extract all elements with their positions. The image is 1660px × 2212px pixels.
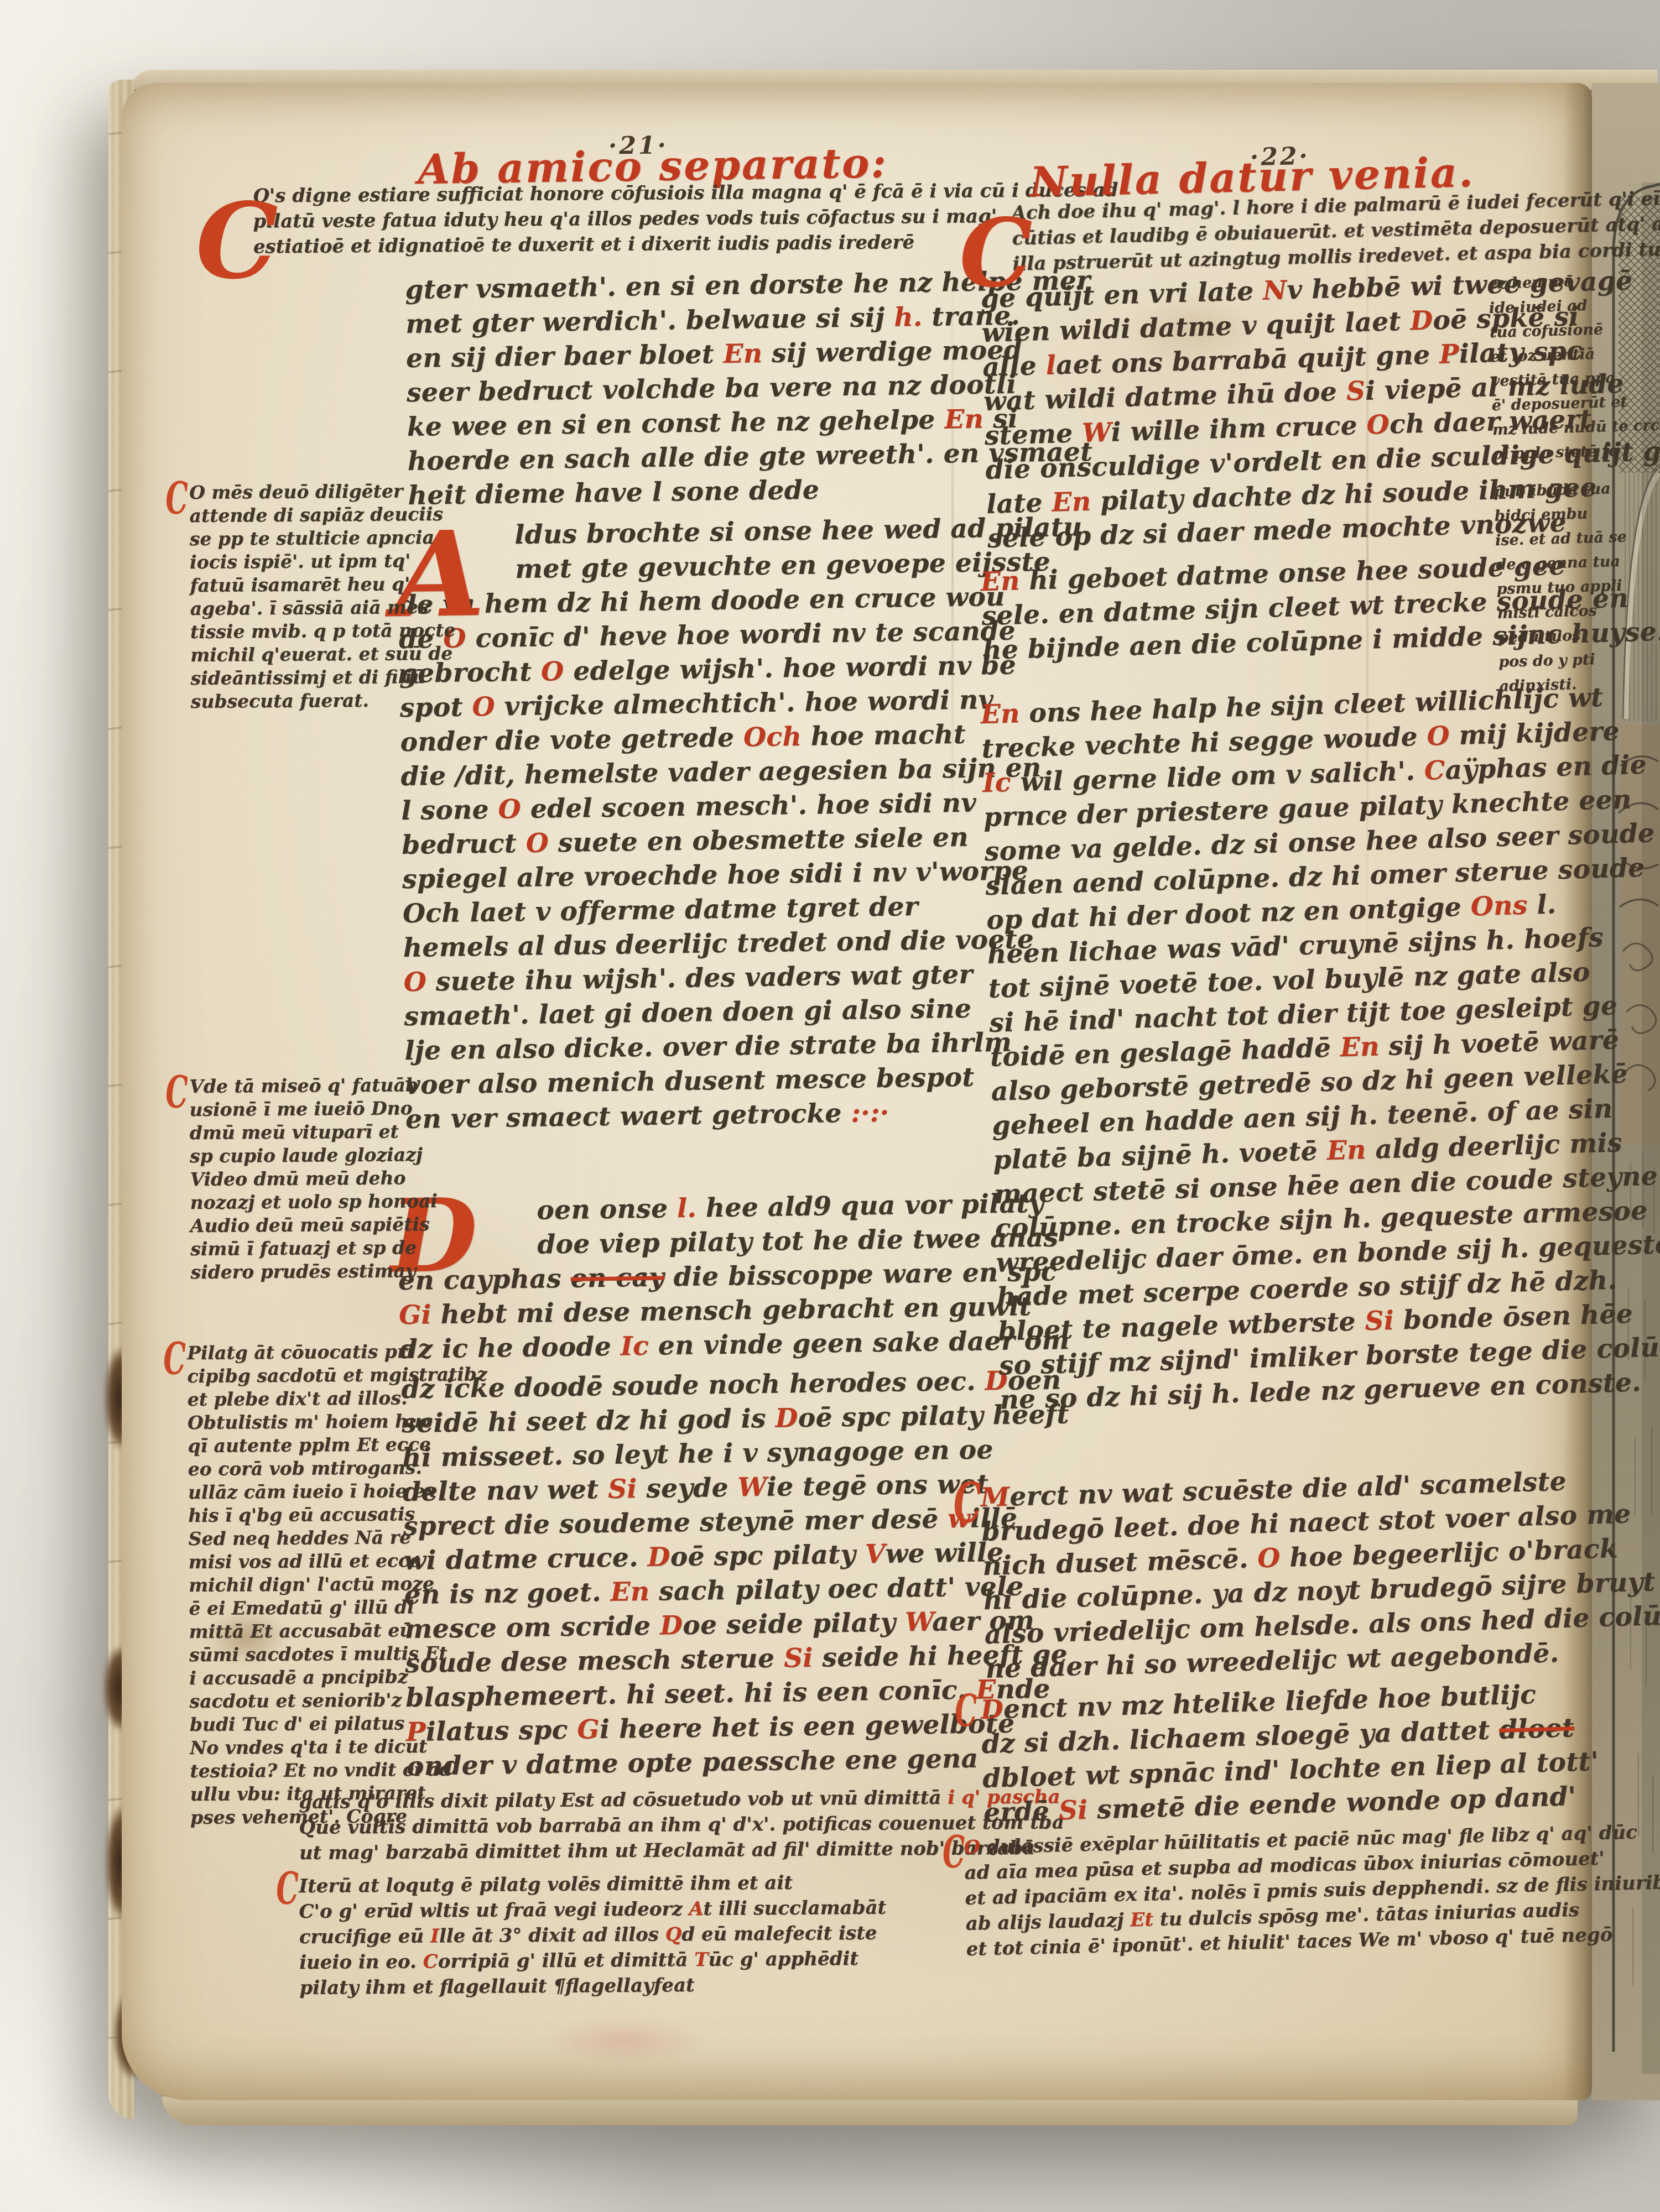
ink-text: subsecuta fuerat. bbox=[191, 690, 369, 712]
text-line: Video dmū meū deho bbox=[190, 1166, 450, 1191]
paraph-mark: C bbox=[163, 1333, 186, 1385]
rubricated-text: Si bbox=[608, 1474, 637, 1505]
text-line: subsecuta fuerat. bbox=[191, 688, 451, 713]
ink-text: de o genna tua bbox=[1496, 553, 1620, 573]
ink-text: C'o g' erūd wltis ut fraā vegi iudeorz bbox=[299, 1898, 689, 1923]
rubricated-text: C bbox=[423, 1950, 438, 1973]
rubricated-text: D bbox=[980, 1694, 1004, 1725]
text-line: tua cōfusionē bbox=[1489, 317, 1617, 345]
ink-text: et ioz uentiā bbox=[1490, 346, 1595, 366]
rubricated-text: h. bbox=[894, 302, 923, 333]
text-line: de o genna tua bbox=[1496, 550, 1623, 577]
text-line: misti calcos bbox=[1497, 598, 1625, 625]
text-line: et plebe dix't ad illos. bbox=[188, 1386, 453, 1411]
ink-text: ise. et ad tuā se bbox=[1495, 528, 1627, 549]
rubricated-text: O bbox=[541, 656, 564, 687]
latin-lines: O dulassiē exēplar hūilitatis et paciē n… bbox=[964, 1820, 1619, 1962]
ink-text: en sij dier baer bloet bbox=[406, 339, 724, 374]
left-latin-final: C Iterū at loqutg ē pilatg volēs dimittē… bbox=[299, 1869, 964, 2001]
text-line: i accusadē a pncipibz bbox=[189, 1665, 455, 1690]
ink-text: nozazj et uolo sp honoai bbox=[190, 1190, 437, 1213]
paraph-mark: C bbox=[954, 1685, 978, 1738]
ink-text: edel scoen mesch'. hoe sidi nv bbox=[521, 787, 977, 824]
rubricated-text: O bbox=[1427, 721, 1450, 752]
rubricated-text: V bbox=[865, 1539, 886, 1570]
text-line: pilaty ihm et flagellauit ¶flagellayfeat bbox=[299, 1971, 963, 2001]
text-line: Obtulistis m' hoiem huc bbox=[188, 1410, 453, 1434]
ink-text: seyde bbox=[637, 1473, 738, 1505]
rubricated-text: Et bbox=[1130, 1908, 1154, 1931]
ink-text: onder die vote getrede bbox=[400, 722, 743, 758]
text-line: dz ic he doode Ic en vinde geen sake dae… bbox=[399, 1325, 958, 1367]
text-line: mittā Et accusabāt eū bbox=[189, 1619, 455, 1644]
rubricated-text: P bbox=[1439, 339, 1459, 370]
text-line: his ī q'bg eū accusatis bbox=[188, 1503, 454, 1527]
rubricated-text: Ic bbox=[982, 768, 1012, 799]
rubricated-text: S bbox=[1346, 376, 1366, 407]
rubricated-text: Si bbox=[1058, 1795, 1088, 1826]
text-line: iueio in eo. Corripiā g' illū et dimittā… bbox=[299, 1945, 963, 1975]
ink-text: hoe macht bbox=[802, 719, 966, 752]
right-intro-latin: C Ach doe ihu q' mag'. l hore i die palm… bbox=[978, 187, 1621, 278]
paraph-mark: C bbox=[953, 1470, 982, 1536]
ink-text: sideāntissimj et di filiū bbox=[190, 666, 425, 689]
left-margin-gloss-2: C Vde tā miseō q' fatuābusionē ī me iuei… bbox=[189, 1073, 451, 1284]
ink-text: spiegel alre vroechde hoe sidi i nv v'wo… bbox=[402, 855, 1029, 895]
text-line: ullu vbu: ita ut miraret bbox=[190, 1781, 456, 1806]
ink-text: oī pplo stetē fe bbox=[1493, 442, 1619, 463]
latin-intro-lines: Q's digne estiare sufficiat honore cōfus… bbox=[213, 179, 949, 260]
text-line: fatuū isamarēt heu q' bbox=[190, 572, 450, 597]
right-latin-final: C O dulassiē exēplar hūilitatis et paciē… bbox=[964, 1820, 1619, 1962]
ink-text: mittā Et accusabāt eū bbox=[189, 1619, 413, 1642]
ink-text: hemels al dus deerlijc tredet ond die vo… bbox=[403, 924, 1034, 963]
ink-text: oē spc pilaty bbox=[670, 1539, 865, 1572]
ink-text: doe viep pilaty tot he die twee anas bbox=[537, 1222, 1059, 1260]
text-line: onder v datme opte paessche ene gena bbox=[407, 1742, 966, 1784]
ink-text: ab alijs laudazj bbox=[965, 1909, 1131, 1935]
ink-text: se pp te stulticie apncia bbox=[190, 526, 434, 550]
pink-smudge bbox=[548, 2018, 702, 2063]
text-line: testioia? Et no vndit ei ad bbox=[190, 1758, 455, 1783]
ink-text: oen onse bbox=[537, 1193, 677, 1226]
ink-text: ut mag' barzabā dimittet ihm ut Heclamāt… bbox=[299, 1837, 1035, 1864]
ink-text: i accusadē a pncipibz bbox=[189, 1666, 408, 1689]
text-line: Sed neq heddes Nā re bbox=[188, 1526, 454, 1551]
ink-text: pub ibūda tua bbox=[1494, 480, 1611, 500]
ink-text: ē' deposuerūt et bbox=[1491, 393, 1627, 414]
ink-text: O mēs deuō diligēter bbox=[189, 480, 403, 503]
ink-text: l. bbox=[1527, 889, 1557, 920]
text-line: pos do y pti bbox=[1498, 646, 1626, 674]
ink-text: cipibg sacdotū et mgistratibz bbox=[187, 1363, 487, 1387]
text-line: pses vehemet'. Cogre bbox=[190, 1804, 456, 1829]
ink-text: aÿphas en die bbox=[1445, 749, 1647, 785]
gloss-lines: O mēs deuō diligēterattende di sapiāz de… bbox=[189, 479, 451, 713]
gloss-lines: Vde tā miseō q' fatuābusionē ī me iueiō … bbox=[189, 1073, 451, 1284]
ink-text: ageba'. ī sāssiā aiā mes bbox=[190, 596, 428, 619]
ink-text: d eū malefecit iste bbox=[681, 1922, 877, 1945]
text-line: sūmi sacdotes ī multis Et bbox=[189, 1642, 455, 1667]
text-line: eo corā vob mtirogans. bbox=[188, 1456, 453, 1481]
text-line: qī autente pplm Et ecce bbox=[188, 1433, 453, 1458]
ink-text: de va hem dz hi hem doode en cruce wou bbox=[398, 582, 1005, 620]
ink-text: Obtulistis m' hoiem huc bbox=[188, 1410, 433, 1433]
paragraph-lines: oen onse l. hee ald9 qua vor pilatydoe v… bbox=[397, 1188, 958, 1367]
text-line: ut mag' barzabā dimittet ihm ut Heclamāt… bbox=[299, 1836, 963, 1866]
rubricated-text: Q bbox=[665, 1923, 682, 1945]
rubricated-text: Och bbox=[743, 722, 802, 753]
ink-text: attende di sapiāz deuciis bbox=[189, 503, 443, 526]
ink-text: vestitā tua ppa bbox=[1491, 369, 1615, 390]
rubricated-text: M bbox=[980, 1482, 1010, 1513]
ink-text: ullu vbu: ita ut miraret bbox=[190, 1782, 426, 1805]
latin-intro-lines: Ach doe ihu q' mag'. l hore i die palmar… bbox=[978, 187, 1621, 278]
text-line: michil q'euerat. et suū de bbox=[190, 642, 450, 667]
ink-text: en ver smaect waert getrocke bbox=[405, 1098, 851, 1135]
text-line: attende di sapiāz deuciis bbox=[189, 503, 449, 528]
rubricated-text: En bbox=[1052, 487, 1091, 518]
ink-text: suete en obesmette siele en bbox=[549, 822, 969, 859]
rubricated-text: En bbox=[1340, 1031, 1380, 1063]
ink-text: nich duset mēscē. bbox=[982, 1543, 1258, 1582]
text-line: crucifige eū Ille āt 3° dixit ad illos Q… bbox=[299, 1920, 963, 1950]
text-line: ide iudei ad bbox=[1489, 293, 1616, 321]
paragraph-lines: Denct nv mz htelike liefde hoe butlijcdz… bbox=[980, 1678, 1537, 1830]
text-line: ullāz cām iueio ī hoie ex bbox=[188, 1479, 454, 1504]
latin-lines: Iterū at loqutg ē pilatg volēs dimittē i… bbox=[299, 1869, 964, 2001]
text-line: en ver smaect waert getrocke :·:· bbox=[405, 1095, 965, 1137]
ink-text: dmū meū vituparī et bbox=[190, 1120, 399, 1144]
rubricated-text: D bbox=[775, 1403, 798, 1434]
open-book: ·21· Ab amico separato: C Q's digne esti… bbox=[108, 65, 1660, 2135]
rubricated-text: D bbox=[1409, 305, 1433, 336]
right-margin-notes-1: ez heu mōide iudei adtua cōfusionēet ioz… bbox=[1488, 269, 1621, 467]
ink-text: budi Tuc d' ei pilatus bbox=[190, 1712, 405, 1735]
ink-text: steme bbox=[984, 418, 1083, 451]
ink-text: suete ihu wijsh'. des vaders wat gter bbox=[426, 959, 973, 998]
ink-text: met gte gevuchte en gevoepe eijsste bbox=[515, 547, 1050, 585]
text-line: Audio deū meū sapiētis bbox=[190, 1213, 450, 1238]
text-line: et ioz uentiā bbox=[1490, 342, 1618, 369]
rubricated-text: O bbox=[498, 794, 521, 825]
manuscript-photo: ·21· Ab amico separato: C Q's digne esti… bbox=[0, 0, 1660, 2212]
text-line: nozazj et uolo sp honoai bbox=[190, 1190, 450, 1214]
ink-text: hi misseet. so leyt he i v synagoge en o… bbox=[402, 1434, 993, 1473]
ink-text: sprect die soudeme steynē mer desē bbox=[403, 1504, 948, 1542]
ink-text: misi vos ad illū et ecce bbox=[189, 1550, 421, 1573]
left-paragraph-3: D oen onse l. hee ald9 qua vor pilatydoe… bbox=[397, 1188, 958, 1367]
ink-text: iueio in eo. bbox=[299, 1950, 423, 1974]
ink-text: onder v datme opte paessche ene gena bbox=[407, 1744, 979, 1782]
rubricated-text: En bbox=[1326, 1135, 1366, 1166]
ink-text: seer bedruct volchde ba vere na nz dootl… bbox=[407, 369, 1017, 408]
text-line: pub ibūda tua bbox=[1494, 477, 1621, 504]
ink-text: lle āt 3° dixit ad illos bbox=[439, 1923, 665, 1947]
ink-text: michil q'euerat. et suū de bbox=[190, 643, 452, 666]
text-line: ageba'. ī sāssiā aiā mes bbox=[190, 596, 450, 620]
ink-text: smaeth'. laet gi doen doen gi also sine bbox=[404, 994, 971, 1032]
text-line: sacdotu et seniorib'z bbox=[189, 1688, 455, 1713]
ink-text: pses vehemet'. Cogre bbox=[190, 1805, 407, 1828]
rubricated-text: W bbox=[737, 1472, 767, 1503]
ink-text: his ī q'bg eū accusatis bbox=[188, 1503, 415, 1526]
text-line: vestitā tua ppa bbox=[1491, 366, 1619, 394]
rubricated-text: D bbox=[647, 1542, 670, 1573]
right-paragraph-3: En ons hee halp he sijn cleet willichlij… bbox=[980, 682, 1553, 1417]
text-line: ez heu mō bbox=[1488, 269, 1616, 296]
text-line: se pp te stulticie apncia bbox=[190, 526, 450, 551]
ink-text: crucifige eū bbox=[299, 1925, 430, 1948]
rubricated-text: A bbox=[689, 1898, 703, 1920]
text-line: No vndes q'ta i te dicut bbox=[190, 1735, 455, 1760]
red-strikethrough-text: dloet bbox=[1498, 1713, 1574, 1745]
rubricated-text: N bbox=[1262, 275, 1287, 306]
rubricated-text: W bbox=[905, 1607, 933, 1638]
ink-text: sacdotu et seniorib'z bbox=[189, 1689, 402, 1712]
ink-text: erdē bbox=[983, 1796, 1059, 1828]
ink-text: t illi succlamabāt bbox=[703, 1897, 886, 1920]
text-line: bidci embu bbox=[1494, 501, 1622, 529]
ink-text: michil dign' l'actū moze bbox=[189, 1573, 434, 1596]
ink-text: qī autente pplm Et ecce bbox=[188, 1433, 431, 1457]
ink-text: misti calcos bbox=[1497, 602, 1597, 622]
ink-text: iocis ispiē'. ut ipm tq' bbox=[190, 550, 410, 573]
ink-text: mij kijdere bbox=[1449, 716, 1620, 752]
rubricated-text: W bbox=[1081, 418, 1111, 448]
text-line: ē ei Emedatū g' illū di bbox=[189, 1595, 454, 1620]
gloss-lines: Pilatg āt cōuocatis pricipibg sacdotū et… bbox=[187, 1340, 456, 1829]
paraph-mark: C bbox=[165, 473, 188, 525]
rubricated-text: :·:· bbox=[851, 1098, 889, 1129]
rubricated-text: l bbox=[1045, 350, 1057, 380]
ink-text: late bbox=[986, 488, 1052, 520]
paragraph-lines: Merct nv wat scuēste die ald' scamelsteb… bbox=[980, 1465, 1539, 1687]
right-paragraph-5: C Denct nv mz htelike liefde hoe butlijc… bbox=[980, 1678, 1537, 1830]
ink-text: met gter werdich'. belwaue si sij bbox=[405, 302, 894, 340]
text-line: pedū tuos bbox=[1497, 622, 1625, 650]
text-line: Vde tā miseō q' fatuāb bbox=[189, 1073, 449, 1098]
rubricated-text: D bbox=[660, 1610, 683, 1641]
ink-text: simū ī fatuazj et sp de bbox=[190, 1237, 417, 1260]
text-line: budi Tuc d' ei pilatus bbox=[190, 1712, 455, 1736]
ink-text: hebt mi dese mensch gebracht en guwlt bbox=[431, 1291, 1031, 1330]
ink-text: alle bbox=[982, 351, 1047, 383]
paraph-mark: C bbox=[942, 1827, 966, 1879]
text-line: O mēs deuō diligēter bbox=[189, 479, 449, 504]
text-line: ē' deposuerūt et bbox=[1491, 390, 1619, 418]
right-margin-notes-2: pub ibūda tuabidci embuise. et ad tuā se… bbox=[1494, 477, 1627, 699]
ink-text: sūmi sacdotes ī multis Et bbox=[189, 1642, 447, 1666]
ink-text: dz icke doodē soude noch herodes oec. bbox=[401, 1366, 985, 1405]
ink-text: Vde tā miseō q' fatuāb bbox=[189, 1074, 418, 1097]
text-line: cipibg sacdotū et mgistratibz bbox=[187, 1363, 452, 1388]
ink-text: i wille ihm cruce bbox=[1111, 410, 1367, 448]
ink-text: bedruct bbox=[402, 828, 526, 860]
ink-text: bidci embu bbox=[1494, 505, 1588, 525]
ink-text: voer also menich dusent mesce bespot bbox=[405, 1062, 975, 1100]
left-margin-gloss-3: C Pilatg āt cōuocatis pricipibg sacdotū … bbox=[187, 1340, 456, 1829]
rubricated-text: En bbox=[980, 698, 1020, 730]
ink-text: psmu tuo appli bbox=[1496, 577, 1622, 598]
rubricated-text: C bbox=[1424, 755, 1445, 786]
rubricated-text: O bbox=[1257, 1543, 1281, 1574]
ink-text: seidē hi seet dz hi god is bbox=[402, 1404, 776, 1439]
rubricated-text: O bbox=[525, 828, 549, 859]
ink-text: i heere het is een gewelbote bbox=[600, 1709, 1015, 1745]
ink-text: edelge wijsh'. hoe wordi nv be bbox=[564, 650, 1016, 686]
ink-text: ke wee en si en const he nz gehelpe bbox=[407, 404, 945, 442]
text-line: sidero prudēs estimay bbox=[190, 1259, 450, 1284]
ink-text: Och laet v offerme datme tgret der bbox=[403, 891, 919, 929]
rubric-initial: C bbox=[195, 180, 279, 302]
red-strikethrough-text: en cay bbox=[570, 1262, 664, 1293]
rubricated-text: l. bbox=[677, 1193, 697, 1223]
ink-text: hee ald9 qua vor pilaty bbox=[696, 1188, 1044, 1224]
text-line: sideāntissimj et di filiū bbox=[190, 665, 450, 690]
left-margin-gloss-1: C O mēs deuō diligēterattende di sapiāz … bbox=[189, 479, 451, 713]
ink-text: Pilatg āt cōuocatis pri bbox=[187, 1340, 414, 1364]
right-paragraph-4: C Merct nv wat scuēste die ald' scamelst… bbox=[980, 1465, 1539, 1687]
ink-text: usionē ī me iueiō Dno bbox=[189, 1097, 412, 1120]
rubricated-text: En bbox=[944, 404, 984, 435]
rubricated-text: O bbox=[403, 967, 426, 998]
right-paragraph-2: En hi geboet datme onse hee soude geesel… bbox=[980, 550, 1536, 668]
text-line: adinxisti. bbox=[1499, 671, 1627, 698]
ink-text: Video dmū meū deho bbox=[190, 1167, 405, 1190]
rubricated-text: En bbox=[723, 338, 763, 369]
ink-text: ē ei Emedatū g' illū di bbox=[189, 1596, 414, 1619]
rubricated-text: G bbox=[577, 1714, 600, 1745]
ink-text: sidero prudēs estimay bbox=[190, 1260, 416, 1283]
text-line: usionē ī me iueiō Dno bbox=[189, 1097, 449, 1121]
text-line: mz ludē nudū te crci bbox=[1492, 414, 1620, 442]
text-line: psmu tuo appli bbox=[1496, 574, 1624, 602]
ink-text: tua cōfusionē bbox=[1490, 321, 1604, 341]
left-paragraph-2: A ldus brochte si onse hee wed ad pilatu… bbox=[397, 512, 964, 1137]
text-line: C'o g' erūd wltis ut fraā vegi iudeorz A… bbox=[299, 1895, 962, 1924]
rubricated-text: O bbox=[1366, 409, 1390, 440]
ink-text: lje en also dicke. over die strate ba ih… bbox=[404, 1027, 1012, 1066]
ink-text: vrijcke almechtich'. hoe wordi nv bbox=[495, 685, 993, 722]
rubricated-text: T bbox=[694, 1949, 709, 1971]
ink-text: pos do y pti bbox=[1498, 651, 1595, 671]
rubricated-text: Ic bbox=[620, 1331, 649, 1362]
ink-text: Sed neq heddes Nā re bbox=[188, 1526, 411, 1550]
paraph-mark: C bbox=[165, 1067, 188, 1119]
text-line: michil dign' l'actū moze bbox=[189, 1572, 454, 1597]
rubricated-text: O bbox=[472, 692, 495, 723]
ink-text: No vndes q'ta i te dicut bbox=[190, 1735, 427, 1759]
ink-text: orripiā g' illū et dimittā bbox=[438, 1949, 695, 1973]
text-line: sp cupio laude gloziazj bbox=[190, 1143, 450, 1168]
ink-text: oe seide pilaty bbox=[683, 1607, 906, 1641]
text-line: Pilatg āt cōuocatis pri bbox=[187, 1340, 452, 1365]
ink-text: tissie mvib. q p totā nocte bbox=[190, 619, 456, 643]
left-paragraph-1: gter vsmaeth'. en si en dorste he nz hel… bbox=[405, 265, 961, 513]
ink-text: pilatū veste fatua iduty heu q'a illos p… bbox=[253, 205, 997, 232]
ink-text: Iterū at loqutg ē pilatg volēs dimittē i… bbox=[299, 1872, 793, 1897]
left-intro-latin: C Q's digne estiare sufficiat honore cōf… bbox=[213, 179, 949, 260]
text-line: ise. et ad tuā se bbox=[1495, 525, 1622, 553]
rubricated-text: Ons bbox=[1470, 890, 1528, 922]
ink-text: fatuū isamarēt heu q' bbox=[190, 573, 410, 596]
rubricated-text: Gi bbox=[399, 1300, 432, 1331]
ink-text: l sone bbox=[401, 795, 498, 826]
ink-text: pedū tuos bbox=[1498, 627, 1581, 646]
ink-text: Audio deū meū sapiētis bbox=[190, 1213, 430, 1237]
right-paragraph-1: ge quijt en vri late Nv hebbē wi twee ge… bbox=[980, 267, 1541, 556]
left-paragraph-4: dz icke doodē soude noch herodes oec. Do… bbox=[401, 1365, 965, 1784]
text-line: oī pplo stetē fe bbox=[1493, 439, 1621, 466]
ink-text: adinxisti. bbox=[1499, 676, 1577, 695]
ink-text: ide iudei ad bbox=[1489, 297, 1587, 317]
ink-text: blasphemeert. hi seet. hi is een conīc. bbox=[405, 1675, 976, 1713]
text-line: simū ī fatuazj et sp de bbox=[190, 1236, 450, 1261]
text-line: heit dieme have l sone dede bbox=[408, 471, 961, 513]
text-line: tissie mvib. q p totā nocte bbox=[190, 619, 450, 644]
paraph-mark: C bbox=[276, 1863, 299, 1915]
ink-text: et plebe dix't ad illos. bbox=[188, 1387, 408, 1410]
ink-text: estiatioē et idignatioē te duxerit et i … bbox=[253, 231, 915, 258]
ink-text: sp cupio laude gloziazj bbox=[190, 1144, 423, 1167]
ink-text: soude dese mesch sterue bbox=[405, 1643, 784, 1679]
rubricated-text: I bbox=[430, 1925, 439, 1947]
ink-text: pilaty ihm et flagellauit ¶flagellayfeat bbox=[299, 1974, 694, 1999]
text-line: misi vos ad illū et ecce bbox=[189, 1549, 454, 1574]
rubricated-text: O bbox=[964, 1836, 981, 1859]
ink-text: conīc d' heve hoe wordi nv te scande bbox=[466, 615, 1016, 654]
rubricated-text: En bbox=[610, 1577, 650, 1608]
rubricated-text: En bbox=[980, 566, 1020, 597]
text-line: iocis ispiē'. ut ipm tq' bbox=[190, 549, 450, 574]
ink-text: ge quijt en vri late bbox=[980, 276, 1263, 314]
text-line: dmū meū vituparī et bbox=[190, 1120, 450, 1145]
ink-text: sach pilaty oec datt' vele bbox=[649, 1571, 1024, 1606]
ink-text: ullāz cām iueio ī hoie ex bbox=[188, 1480, 436, 1503]
ink-text: ūc g' apphēdit bbox=[708, 1948, 858, 1971]
ink-text: eo corā vob mtirogans. bbox=[188, 1457, 421, 1480]
ink-text: testioia? Et no vndit ei ad bbox=[190, 1759, 452, 1782]
rubricated-text: Si bbox=[784, 1643, 813, 1674]
manuscript-page: ·21· Ab amico separato: C Q's digne esti… bbox=[122, 83, 1592, 2100]
ink-text: ez heu mō bbox=[1488, 273, 1574, 293]
rubricated-text: Si bbox=[1365, 1306, 1394, 1337]
text-line: Iterū at loqutg ē pilatg volēs dimittē i… bbox=[299, 1869, 962, 1899]
text-line: estiatioē et idignatioē te duxerit et i … bbox=[253, 229, 949, 260]
